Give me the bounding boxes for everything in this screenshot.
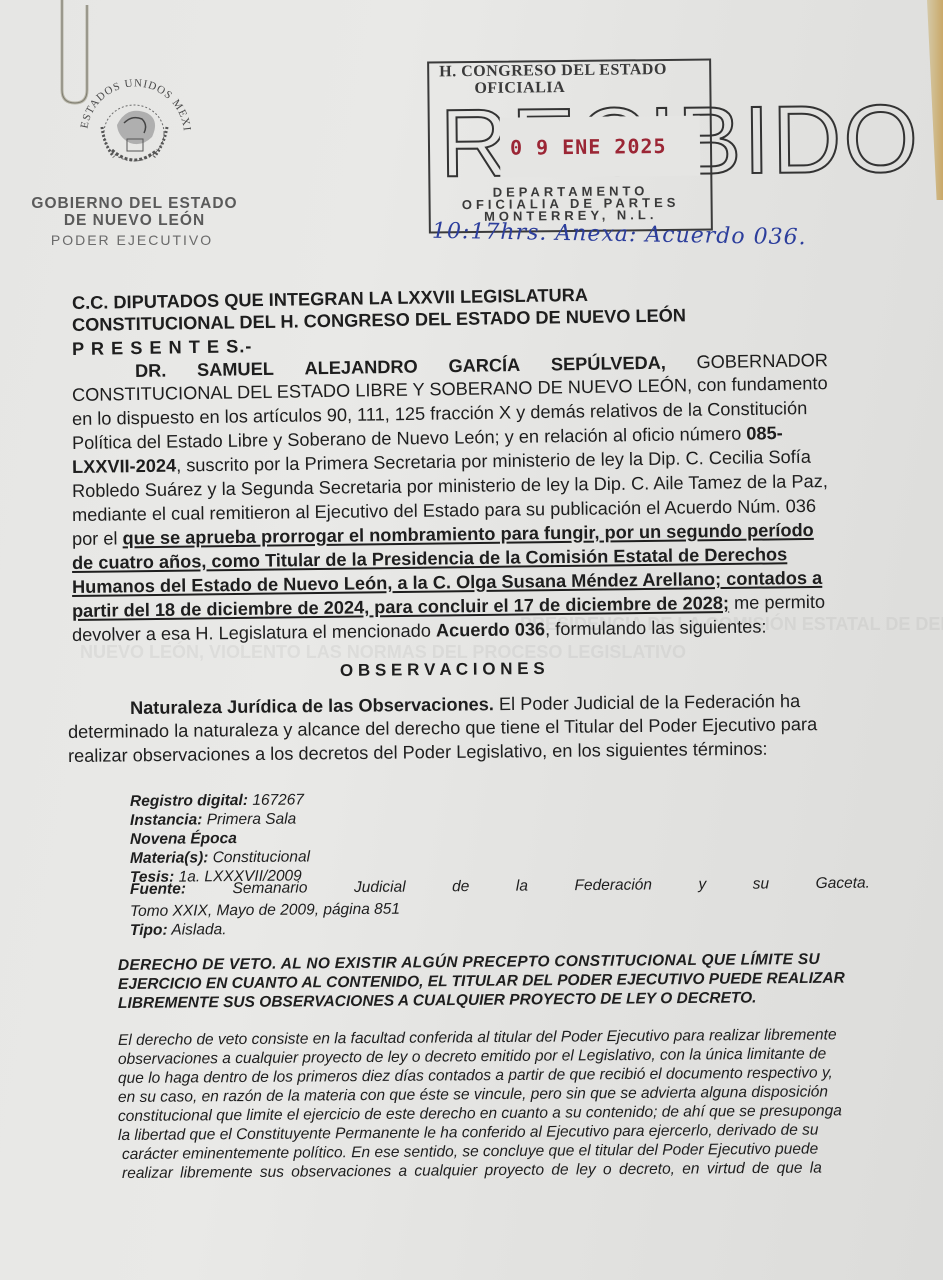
label: Novena Época	[130, 830, 237, 848]
thesis-epoca: Novena Época	[130, 829, 237, 849]
label: Instancia:	[130, 811, 203, 829]
word: y	[698, 875, 706, 894]
paper-clip-icon	[55, 0, 105, 115]
text: devolver a esa H. Legislatura el mencion…	[72, 621, 436, 645]
thesis-materia: Materia(s): Constitucional	[130, 847, 310, 868]
label: Registro digital:	[130, 792, 248, 810]
text-bold: 085-	[746, 423, 783, 444]
government-name: GOBIERNO DEL ESTADO DE NUEVO LEÓN	[17, 195, 252, 229]
text: El Poder Judicial de la Federación ha	[494, 691, 801, 714]
address-presentes: P R E S E N T E S.-	[72, 335, 253, 360]
label: Materia(s):	[130, 849, 209, 867]
text-bold: Naturaleza Jurídica de las Observaciones…	[130, 694, 494, 718]
text: por el	[72, 528, 123, 549]
thesis-tipo: Tipo: Aislada.	[130, 920, 227, 940]
word: Semanario	[232, 878, 307, 898]
gov-line-1: GOBIERNO DEL ESTADO	[17, 195, 252, 212]
word: SAMUEL	[197, 358, 274, 381]
text-bold: LXXVII-2024	[72, 456, 176, 477]
section-title: O B S E R V A C I O N E S	[340, 658, 545, 682]
thesis-registro: Registro digital: 167267	[130, 790, 304, 811]
gov-branch: PODER EJECUTIVO	[17, 232, 247, 248]
label: Tipo:	[130, 922, 168, 939]
word: Gaceta.	[816, 874, 870, 893]
thesis-instancia: Instancia: Primera Sala	[130, 810, 296, 830]
document-page: PRESIDENCIA DE LA COMISIÓN ESTATAL DE DE…	[0, 0, 943, 1280]
word: SEPÚLVEDA,	[551, 352, 666, 376]
value: Aislada.	[168, 921, 227, 939]
text-bold: Acuerdo 036	[436, 619, 545, 640]
value: Constitucional	[208, 848, 310, 866]
word: ALEJANDRO	[304, 356, 418, 380]
stamp-date: 0 9 ENE 2025	[510, 134, 667, 160]
wooden-desk-edge	[927, 0, 943, 200]
word: la	[516, 877, 528, 896]
received-stamp: H. CONGRESO DEL ESTADO OFICIALIA RECIBID…	[427, 59, 713, 234]
value: 167267	[248, 791, 304, 808]
value: Primera Sala	[202, 811, 296, 829]
label: Fuente:	[130, 880, 186, 899]
thesis-body-8: realizar libremente sus observaciones a …	[122, 1159, 822, 1183]
word: DR.	[135, 360, 167, 382]
word: GARCÍA	[448, 354, 520, 377]
text: , formulando las siguientes:	[545, 617, 767, 640]
word: su	[753, 874, 770, 893]
word: Federación	[574, 875, 652, 895]
word: de	[452, 877, 469, 896]
thesis-tomo: Tomo XXIX, Mayo de 2009, página 851	[130, 900, 400, 921]
handwritten-note: 10:17hrs. Anexa: Acuerdo 036.	[432, 219, 807, 251]
text: me permito	[729, 592, 825, 613]
nature-line-3: realizar observaciones a los decretos de…	[68, 738, 768, 767]
gov-line-2: DE NUEVO LEÓN	[17, 212, 252, 229]
word: Judicial	[354, 878, 406, 897]
word: GOBERNADOR	[696, 349, 828, 373]
